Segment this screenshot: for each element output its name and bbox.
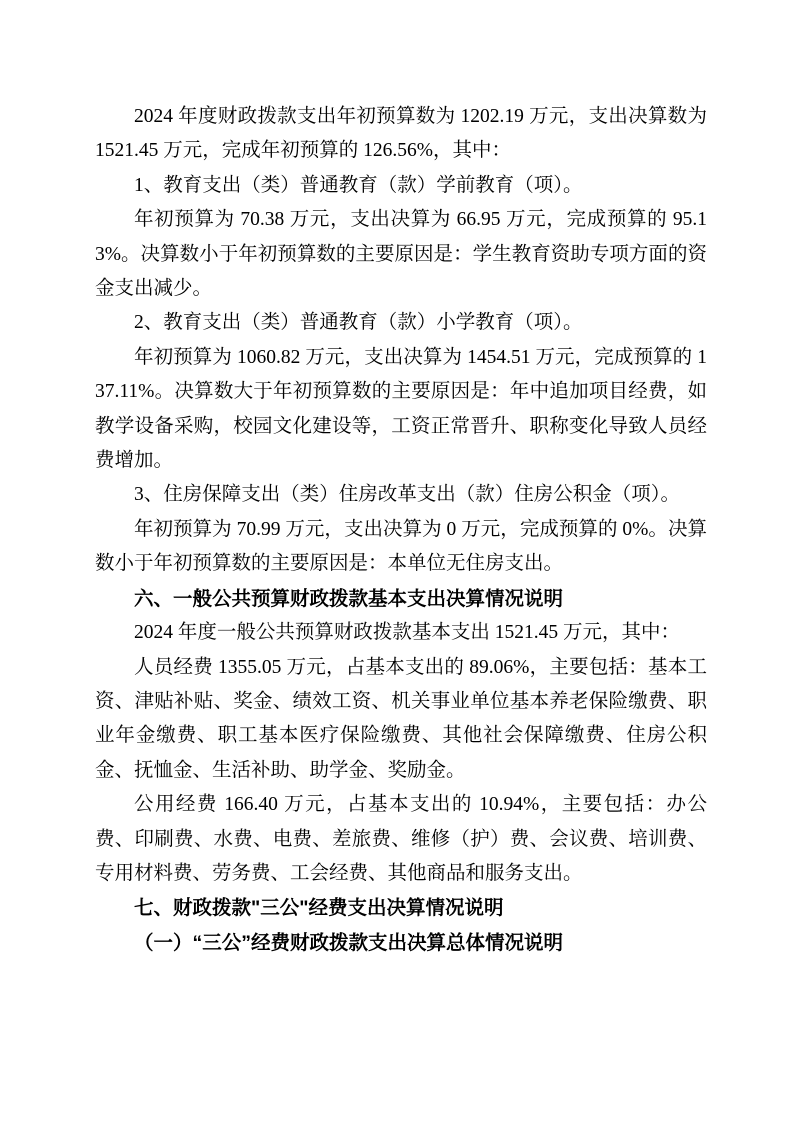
para-item-3-title: 3、住房保障支出（类）住房改革支出（款）住房公积金（项）。 [95,478,707,512]
para-public-expense: 公用经费 166.40 万元，占基本支出的 10.94%，主要包括：办公费、印刷… [95,788,707,891]
document-content: 2024 年度财政拨款支出年初预算数为 1202.19 万元，支出决算数为 15… [95,100,707,960]
para-item-2-detail: 年初预算为 1060.82 万元，支出决算为 1454.51 万元，完成预算的 … [95,341,707,479]
heading-section-7: 七、财政拨款"三公"经费支出决算情况说明 [95,891,707,925]
para-item-3-detail: 年初预算为 70.99 万元，支出决算为 0 万元，完成预算的 0%。决算数小于… [95,513,707,582]
para-item-1-detail: 年初预算为 70.38 万元，支出决算为 66.95 万元，完成预算的 95.1… [95,203,707,306]
para-expenditure-overview: 2024 年度财政拨款支出年初预算数为 1202.19 万元，支出决算数为 15… [95,100,707,169]
heading-section-6: 六、一般公共预算财政拨款基本支出决算情况说明 [95,582,707,616]
para-basic-expenditure-total: 2024 年度一般公共预算财政拨款基本支出 1521.45 万元，其中： [95,616,707,650]
para-item-2-title: 2、教育支出（类）普通教育（款）小学教育（项）。 [95,306,707,340]
heading-section-7-1: （一）“三公”经费财政拨款支出决算总体情况说明 [95,926,707,960]
para-item-1-title: 1、教育支出（类）普通教育（款）学前教育（项）。 [95,169,707,203]
para-personnel-expense: 人员经费 1355.05 万元，占基本支出的 89.06%，主要包括：基本工资、… [95,651,707,789]
document-page: 2024 年度财政拨款支出年初预算数为 1202.19 万元，支出决算数为 15… [0,0,793,1122]
